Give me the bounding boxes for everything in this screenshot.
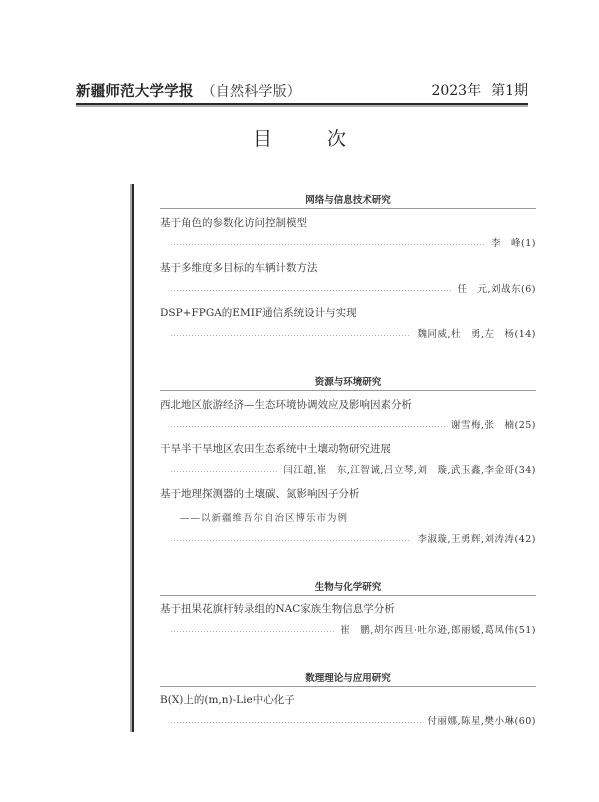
leader-dots — [170, 426, 445, 427]
article-title[interactable]: 基于扭果花旗杆转录组的NAC家族生物信息学分析 — [160, 601, 395, 616]
section-rule — [160, 390, 536, 391]
header-rule-gray — [76, 105, 528, 107]
article-title[interactable]: 基于角色的参数化访问控制模型 — [160, 215, 307, 230]
article-author-line: 谢雪梅,张 楠(25) — [170, 417, 536, 431]
article-author-line: 付丽娜,陈星,樊小琳(60) — [170, 713, 536, 727]
article-authors: 任 元,刘战东 — [458, 281, 522, 295]
vertical-bar-decoration — [130, 184, 134, 732]
issue-year: 2023年 — [431, 83, 481, 99]
article-author-line: 李淑璇,王勇辉,刘涛涛(42) — [170, 531, 536, 545]
journal-name: 新疆师范大学学报（自然科学版） — [76, 80, 301, 101]
article-authors: 李 峰 — [491, 235, 521, 249]
leader-dots — [170, 335, 411, 336]
page-title: 目 次 — [0, 124, 599, 151]
leader-dots — [170, 471, 277, 472]
section-rule — [160, 208, 536, 209]
article-authors: 谢雪梅,张 楠 — [451, 417, 515, 431]
article-page[interactable]: (25) — [514, 420, 536, 431]
article-page[interactable]: (60) — [514, 716, 536, 727]
article-authors: 崔 鹏,胡尔西旦·吐尔逊,郎丽媛,葛凤伟 — [340, 622, 514, 636]
article-authors: 闫江超,崔 东,江智诚,吕立琴,刘 璇,武玉鑫,李金哥 — [283, 462, 514, 476]
section-title: 网络与信息技术研究 — [160, 192, 536, 206]
article-author-line: 魏同威,杜 勇,左 杨(14) — [170, 326, 536, 340]
article-title[interactable]: B(X)上的(m,n)-Lie中心化子 — [160, 692, 295, 707]
section-title: 生物与化学研究 — [160, 579, 536, 593]
article-author-line: 任 元,刘战东(6) — [170, 281, 536, 295]
leader-dots — [170, 540, 411, 541]
article-page[interactable]: (34) — [514, 465, 536, 476]
article-page[interactable]: (1) — [521, 238, 536, 249]
article-author-line: 闫江超,崔 东,江智诚,吕立琴,刘 璇,武玉鑫,李金哥(34) — [170, 462, 536, 476]
section-title: 数理理论与应用研究 — [160, 670, 536, 684]
article-title[interactable]: 基于多维度多目标的车辆计数方法 — [160, 260, 318, 275]
section-rule — [160, 686, 536, 687]
vertical-bar-dark — [132, 184, 134, 732]
issue-info: 2023年第1期 — [431, 80, 528, 100]
leader-dots — [170, 722, 421, 723]
article-page[interactable]: (42) — [514, 534, 536, 545]
article-subtitle: ——以新疆维吾尔自治区博乐市为例 — [180, 510, 348, 524]
section-rule — [160, 595, 536, 596]
journal-title: 新疆师范大学学报 — [76, 84, 194, 100]
article-author-line: 李 峰(1) — [170, 235, 536, 249]
article-page[interactable]: (14) — [514, 329, 536, 340]
article-page[interactable]: (6) — [521, 284, 536, 295]
article-page[interactable]: (51) — [514, 625, 536, 636]
article-authors: 付丽娜,陈星,樊小琳 — [427, 713, 514, 727]
leader-dots — [170, 244, 485, 245]
article-title[interactable]: 西北地区旅游经济—生态环境协调效应及影响因素分析 — [160, 397, 412, 412]
leader-dots — [170, 290, 452, 291]
section-title: 资源与环境研究 — [160, 374, 536, 388]
issue-number: 第1期 — [491, 83, 528, 99]
article-title[interactable]: DSP+FPGA的EMIF通信系统设计与实现 — [160, 305, 357, 320]
running-header: 新疆师范大学学报（自然科学版） 2023年第1期 — [76, 80, 528, 100]
article-title[interactable]: 基于地理探测器的土壤碳、氮影响因子分析 — [160, 486, 360, 501]
article-title[interactable]: 干旱半干旱地区农田生态系统中土壤动物研究进展 — [160, 441, 391, 456]
article-authors: 李淑璇,王勇辉,刘涛涛 — [417, 531, 514, 545]
article-author-line: 崔 鹏,胡尔西旦·吐尔逊,郎丽媛,葛凤伟(51) — [170, 622, 536, 636]
leader-dots — [170, 631, 334, 632]
journal-edition: （自然科学版） — [202, 84, 301, 100]
article-authors: 魏同威,杜 勇,左 杨 — [417, 326, 514, 340]
